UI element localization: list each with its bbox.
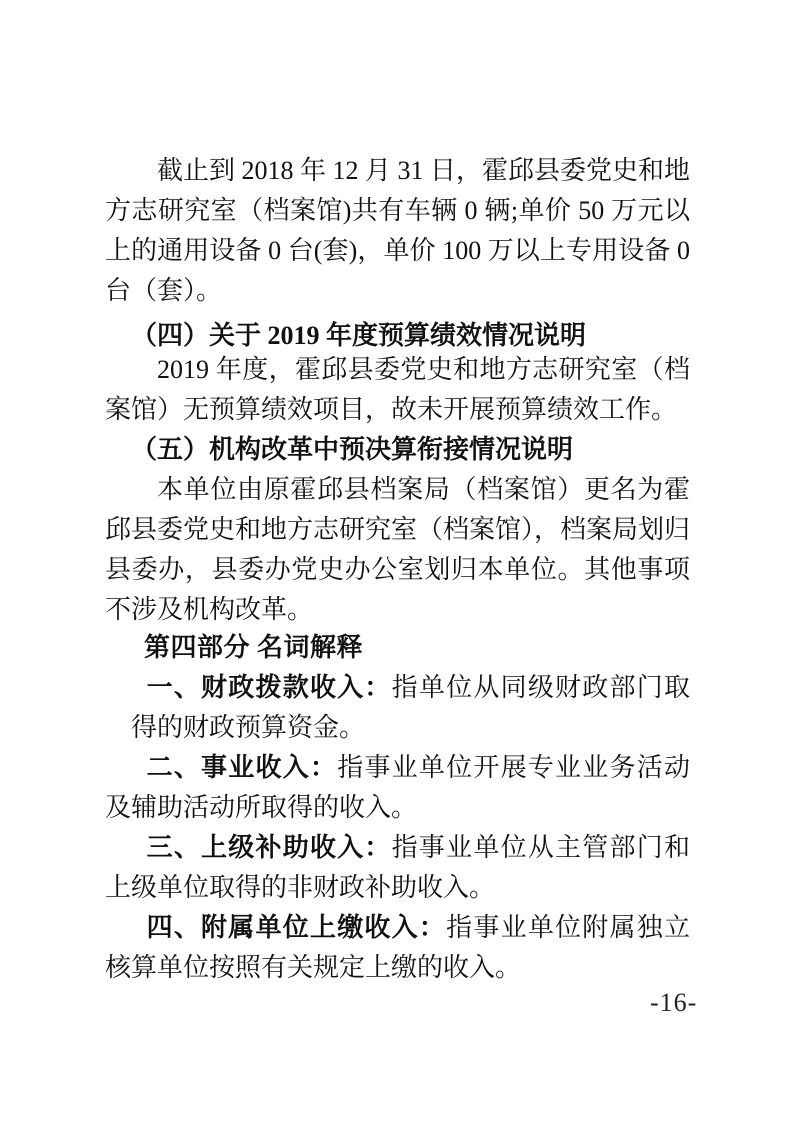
glossary-item-3-label: 三、上级补助收入：	[147, 833, 392, 862]
glossary-item-4-label: 四、附属单位上缴收入：	[147, 913, 447, 942]
glossary-item-1: 一、财政拨款收入：指单位从同级财政部门取得的财政预算资金。	[105, 668, 690, 748]
paragraph-asset-summary: 截止到 2018 年 12 月 31 日，霍邱县委党史和地方志研究室（档案馆)共…	[105, 151, 690, 311]
glossary-item-2-label: 二、事业收入：	[147, 753, 338, 782]
page-number: -16-	[650, 989, 697, 1017]
glossary-item-1-label: 一、财政拨款收入：	[147, 673, 392, 702]
paragraph-budget-performance: 2019 年度，霍邱县委党史和地方志研究室（档案馆）无预算绩效项目，故未开展预算…	[105, 350, 690, 430]
heading-section-five-reform: （五）机构改革中预决算衔接情况说明	[105, 430, 690, 470]
glossary-item-2: 二、事业收入：指事业单位开展专业业务活动及辅助活动所取得的收入。	[105, 748, 690, 828]
heading-part-four-glossary: 第四部分 名词解释	[105, 628, 690, 668]
glossary-item-4: 四、附属单位上缴收入：指事业单位附属独立核算单位按照有关规定上缴的收入。	[105, 908, 690, 988]
paragraph-institution-reform: 本单位由原霍邱县档案局（档案馆）更名为霍邱县委党史和地方志研究室（档案馆），档案…	[105, 470, 690, 630]
glossary-item-3: 三、上级补助收入：指事业单位从主管部门和上级单位取得的非财政补助收入。	[105, 828, 690, 908]
document-page: 截止到 2018 年 12 月 31 日，霍邱县委党史和地方志研究室（档案馆)共…	[0, 0, 793, 1122]
